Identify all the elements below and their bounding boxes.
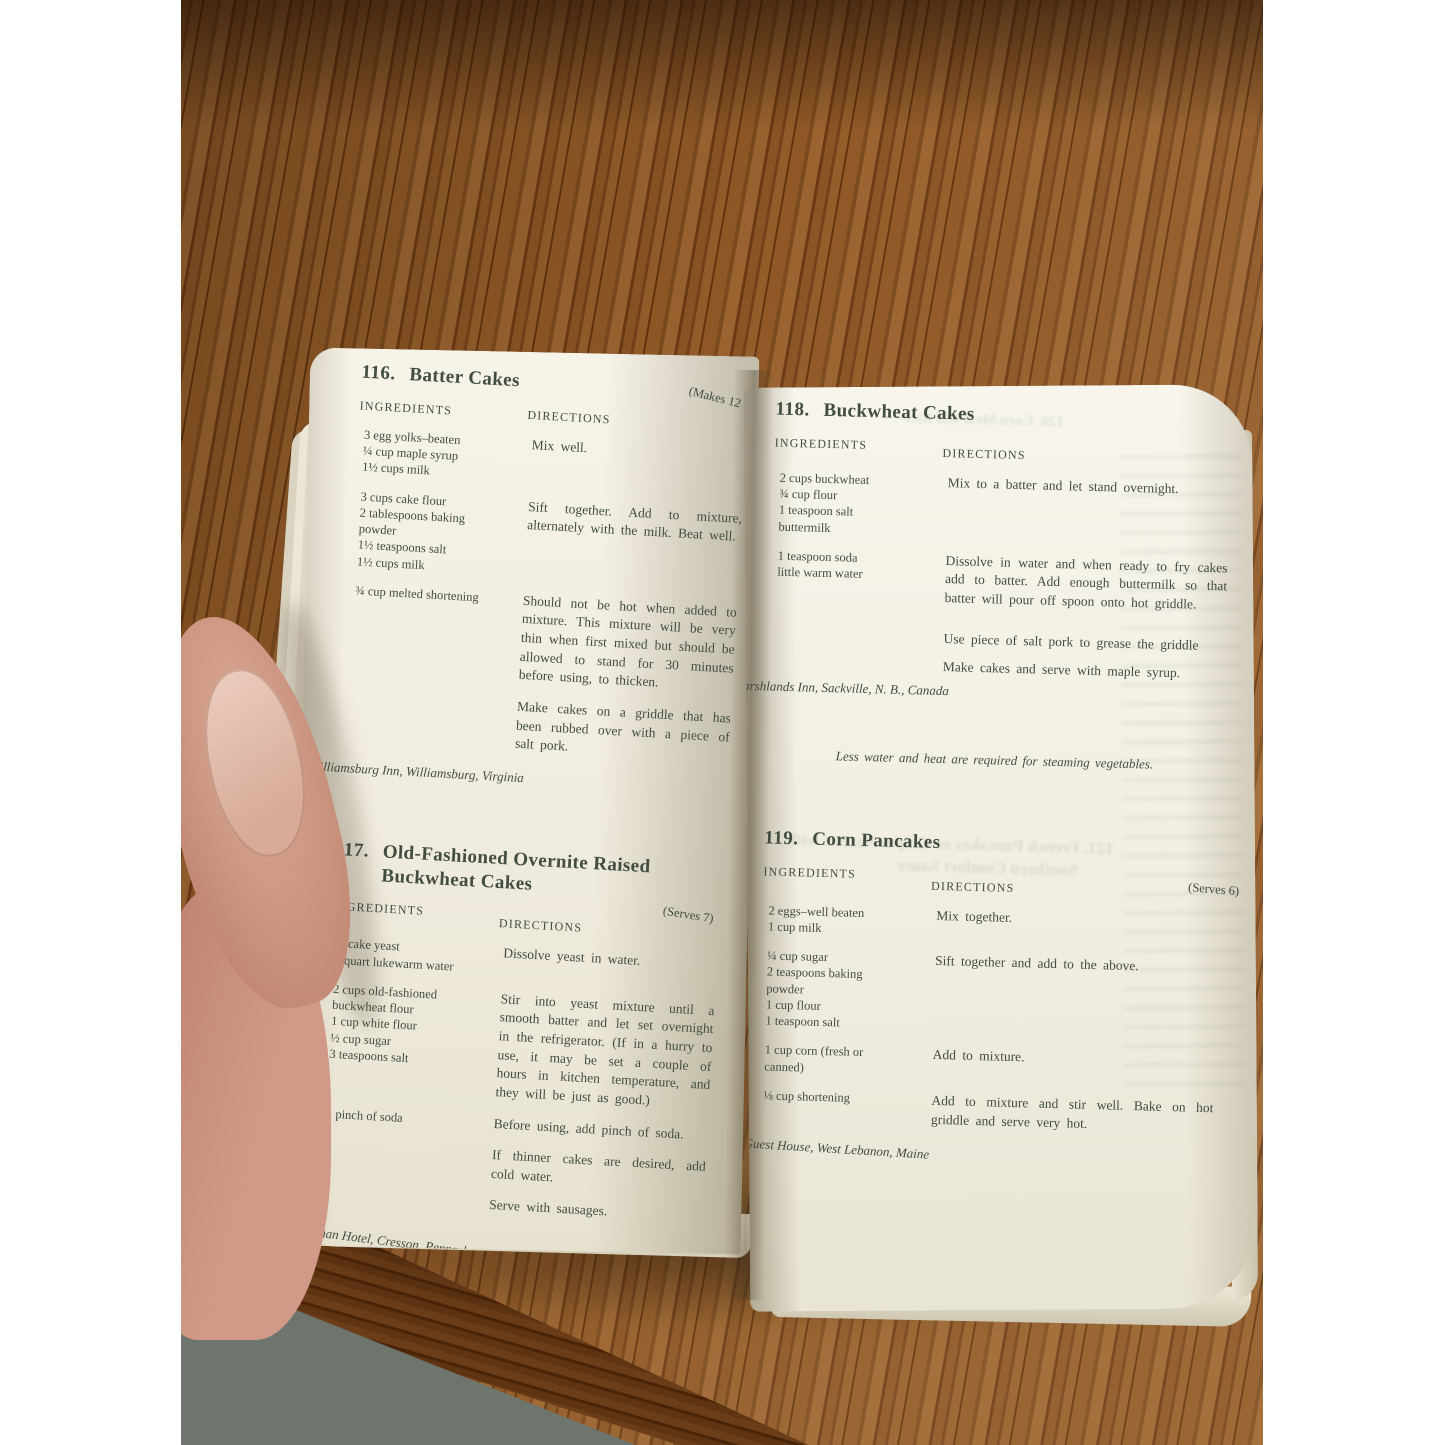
recipe-header: 119. Corn Pancakes: [764, 826, 1220, 862]
directions-header: DIRECTIONS: [931, 878, 1015, 895]
recipe-row: If thinner cakes are desired, add cold w…: [317, 1136, 706, 1195]
recipe-header: 117. Old-Fashioned Overnite Raised Buckw…: [333, 837, 723, 906]
recipe-row: ⅛ cup shortening Add to mixture and stir…: [757, 1087, 1214, 1136]
column-headers: INGREDIENTS DIRECTIONS: [774, 435, 1230, 468]
recipe-row: 2 cups old-fashioned buckwheat flour 1 c…: [321, 980, 715, 1113]
recipe-title: Batter Cakes: [409, 363, 521, 393]
left-page-content: 116. Batter Cakes (Makes 12 to 18 cakes)…: [313, 360, 749, 1254]
recipe-row: ¾ cup melted shortening Should not be ho…: [345, 582, 738, 697]
direction-text: Dissolve yeast in water.: [502, 945, 717, 989]
directions-header: DIRECTIONS: [527, 408, 611, 428]
ingredients-header: INGREDIENTS: [763, 864, 932, 893]
recipe-row: Make cakes on a griddle that has been ru…: [341, 688, 732, 765]
recipe-title: Old-Fashioned Overnite Raised Buckwheat …: [381, 840, 713, 906]
column-headers: INGREDIENTS DIRECTIONS: [763, 864, 1219, 901]
recipe-title: Corn Pancakes: [812, 828, 941, 855]
recipe-row: Use piece of salt pork to grease the gri…: [769, 625, 1225, 656]
direction-text: Add to mixture and stir well. Bake on ho…: [931, 1092, 1214, 1137]
direction-text: Make cakes and serve with maple syrup.: [943, 658, 1225, 684]
recipe-row: 2 cups buckwheat ¾ cup flour 1 teaspoon …: [772, 469, 1230, 546]
recipe-row: ¼ cup sugar 2 teaspoons baking powder 1 …: [759, 947, 1217, 1040]
recipe-row: 1 cup corn (fresh or canned) Add to mixt…: [758, 1042, 1215, 1086]
recipe-row: 3 cups cake flour 2 tablespoons baking p…: [351, 488, 743, 591]
direction-text: Stir into yeast mixture until a smooth b…: [495, 990, 715, 1114]
ingredient-list: ¾ cup melted shortening: [345, 582, 524, 685]
direction-text: Use piece of salt pork to grease the gri…: [943, 630, 1225, 656]
ingredient-list: [769, 625, 943, 648]
photo: 116. Batter Cakes (Makes 12 to 18 cakes)…: [181, 0, 1263, 1445]
ingredient-list: 1 pinch of soda: [320, 1105, 495, 1133]
attribution: Sundal Guest House, West Lebanon, Maine: [744, 1133, 1212, 1180]
recipe-row: 2 eggs–well beaten 1 cup milk Mix togeth…: [762, 902, 1219, 946]
right-page: 120. Corn Meal and Rice 121. French Panc…: [744, 384, 1258, 1312]
direction-text: Should not be hot when added to mixture.…: [518, 592, 737, 697]
recipe-118: 118. Buckwheat Cakes INGREDIENTS DIRECTI…: [768, 398, 1232, 707]
recipe-number: 116.: [361, 361, 410, 386]
attribution: Williamsburg Inn, Williamsburg, Virginia: [309, 758, 727, 797]
direction-text: Sift together. Add to mixture, alternate…: [524, 497, 742, 590]
ingredient-list: 3 egg yolks–beaten ¼ cup maple syrup 1½ …: [356, 426, 532, 484]
direction-text: Sift together and add to the above.: [933, 952, 1217, 1041]
recipe-116: 116. Batter Cakes (Makes 12 to 18 cakes)…: [339, 360, 750, 797]
ingredients-header: INGREDIENTS: [774, 435, 942, 460]
ingredient-list: 1 cup corn (fresh or canned): [758, 1042, 933, 1079]
direction-text: Mix well.: [530, 436, 746, 497]
direction-text: Mix together.: [936, 907, 1219, 947]
ingredient-list: 3 cups cake flour 2 tablespoons baking p…: [351, 488, 529, 579]
recipe-117: 117. Old-Fashioned Overnite Raised Buckw…: [313, 837, 723, 1254]
ingredient-list: 1 teaspoon soda little warm water: [770, 547, 945, 607]
steaming-note: Less water and heat are required for ste…: [766, 746, 1222, 774]
left-page: 116. Batter Cakes (Makes 12 to 18 cakes)…: [292, 347, 760, 1254]
direction-text: If thinner cakes are desired, add cold w…: [490, 1146, 706, 1195]
directions-header: DIRECTIONS: [942, 446, 1026, 463]
ingredient-list: 2 cups buckwheat ¾ cup flour 1 teaspoon …: [772, 469, 948, 539]
recipe-header: 118. Buckwheat Cakes: [775, 398, 1231, 434]
recipe-row: 1 teaspoon soda little warm water Dissol…: [770, 547, 1227, 615]
column-headers: INGREDIENTS DIRECTIONS: [331, 899, 720, 944]
ingredient-list: [315, 1187, 490, 1215]
ingredient-list: ¼ cup sugar 2 teaspoons baking powder 1 …: [759, 947, 935, 1033]
direction-text: Make cakes on a griddle that has been ru…: [514, 698, 731, 766]
recipe-row: Serve with sausages.: [315, 1187, 703, 1227]
recipe-row: ½ cake yeast 1 quart lukewarm water Diss…: [328, 935, 717, 989]
ingredient-list: [341, 688, 518, 754]
direction-text: Add to mixture.: [932, 1046, 1215, 1086]
recipe-row: 3 egg yolks–beaten ¼ cup maple syrup 1½ …: [356, 426, 746, 496]
ingredient-list: ⅛ cup shortening: [757, 1087, 932, 1129]
recipe-title: Buckwheat Cakes: [823, 399, 975, 427]
ingredient-list: [769, 654, 943, 677]
right-page-content: 118. Buckwheat Cakes INGREDIENTS DIRECTI…: [756, 398, 1232, 1163]
ingredient-list: 2 eggs–well beaten 1 cup milk: [762, 902, 937, 939]
recipe-number: 119.: [764, 827, 813, 850]
direction-text: Dissolve in water and when ready to fry …: [944, 552, 1227, 615]
recipe-119: 119. Corn Pancakes (Serves 6) INGREDIENT…: [756, 826, 1220, 1162]
direction-text: Serve with sausages.: [489, 1196, 704, 1227]
recipe-number: 118.: [775, 399, 824, 422]
ingredient-list: [317, 1136, 493, 1183]
directions-header: DIRECTIONS: [499, 916, 583, 936]
ingredients-header: INGREDIENTS: [359, 398, 528, 422]
direction-text: Before using, add pinch of soda.: [493, 1115, 708, 1146]
direction-text: Mix to a batter and let stand overnight.: [946, 474, 1230, 546]
